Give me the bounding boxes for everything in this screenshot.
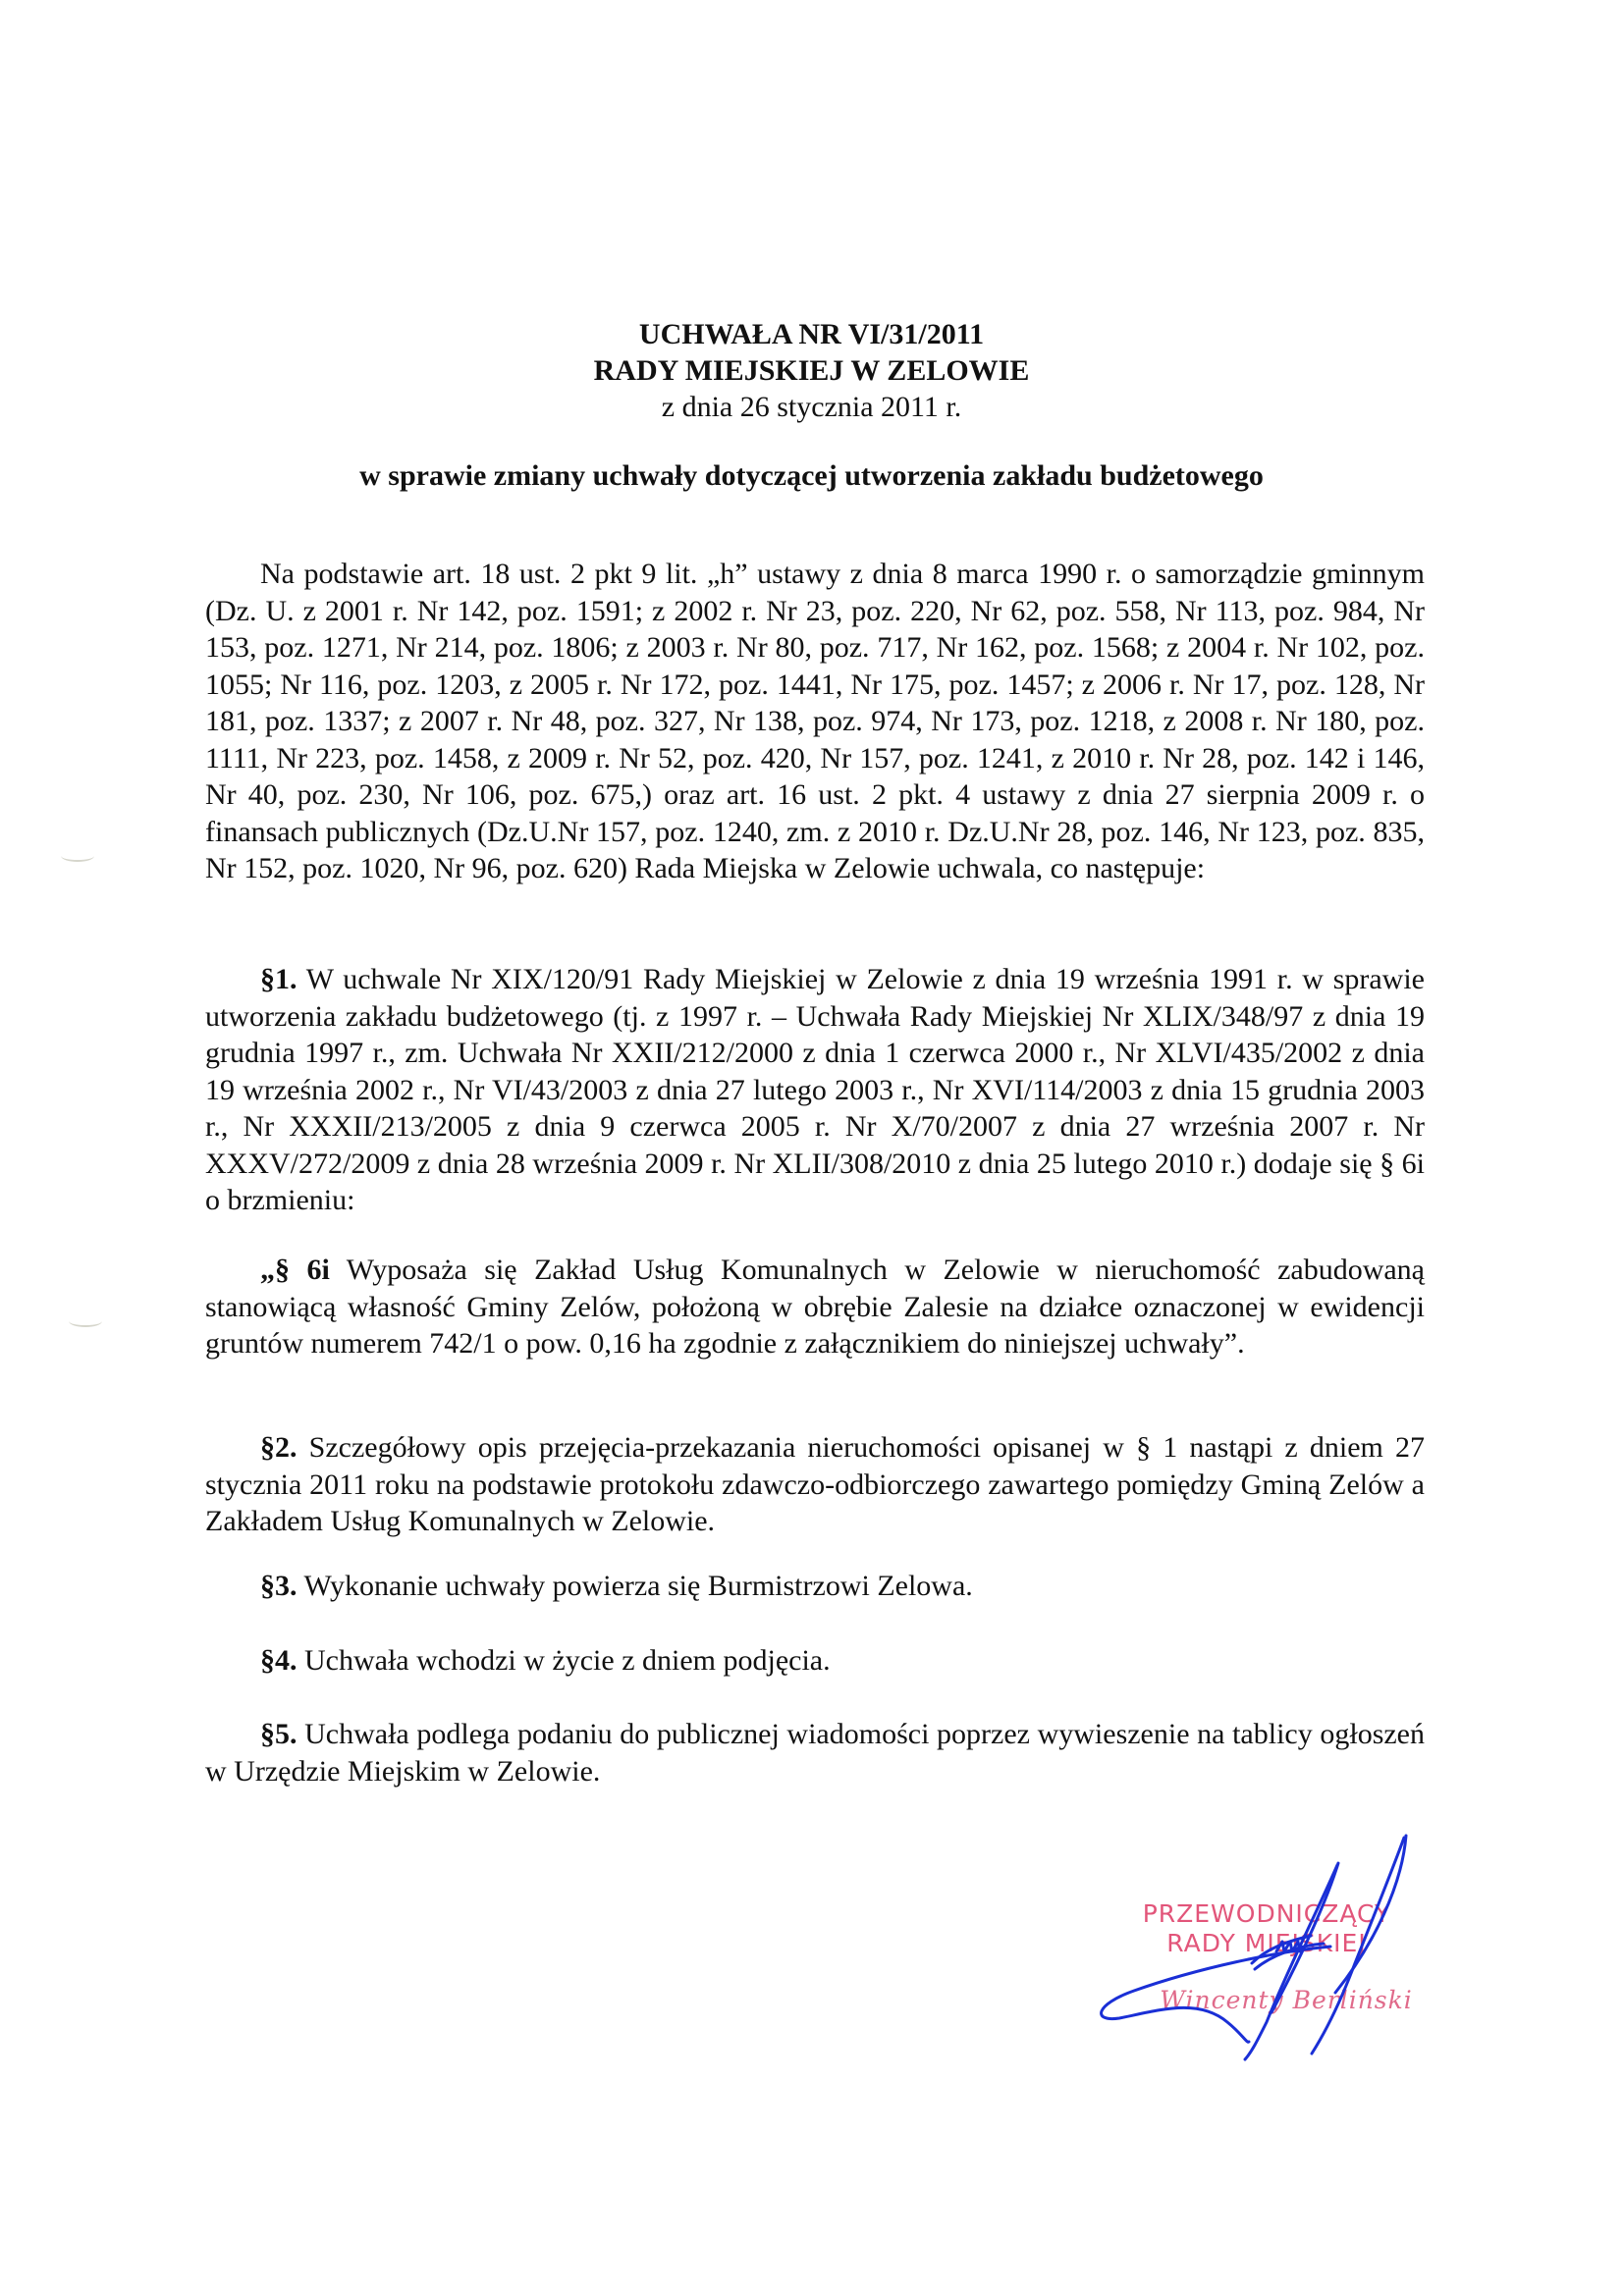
section-text: Uchwała wchodzi w życie z dniem podjęcia… [298,1644,831,1677]
section-text: Szczegółowy opis przejęcia-przekazania n… [205,1431,1425,1537]
section-label: §3. [260,1570,298,1602]
section-text: Uchwała podlega podaniu do publicznej wi… [205,1718,1425,1788]
section-label: §5. [260,1718,298,1750]
document-page: UCHWAŁA NR VI/31/2011 RADY MIEJSKIEJ W Z… [0,0,1623,2296]
section-label: §1. [260,963,298,995]
preamble-block: Na podstawie art. 18 ust. 2 pkt 9 lit. „… [205,556,1425,887]
section-text: Wykonanie uchwały powierza się Burmistrz… [298,1570,973,1602]
section-text: W uchwale Nr XIX/120/91 Rady Miejskiej w… [205,963,1425,1216]
section-5: §5. Uchwała podlega podaniu do publiczne… [205,1716,1425,1789]
resolution-header: UCHWAŁA NR VI/31/2011 RADY MIEJSKIEJ W Z… [0,316,1623,425]
resolution-subject: w sprawie zmiany uchwały dotyczącej utwo… [0,459,1623,493]
handwritten-signature-icon [1080,1826,1434,2061]
section-paragraph: §5. Uchwała podlega podaniu do publiczne… [205,1716,1425,1789]
section-2: §2. Szczegółowy opis przejęcia-przekazan… [205,1429,1425,1540]
section-text: Wyposaża się Zakład Usług Komunalnych w … [205,1254,1425,1360]
section-label: „§ 6i [260,1254,330,1286]
section-6i-quote: „§ 6i Wyposaża się Zakład Usług Komunaln… [205,1252,1425,1362]
council-name: RADY MIEJSKIEJ W ZELOWIE [0,352,1623,389]
resolution-number: UCHWAŁA NR VI/31/2011 [0,316,1623,352]
punch-hole-mark [61,850,94,862]
section-label: §2. [260,1431,298,1464]
section-paragraph: §4. Uchwała wchodzi w życie z dniem podj… [205,1642,1425,1680]
section-3: §3. Wykonanie uchwały powierza się Burmi… [205,1568,1425,1605]
resolution-date: z dnia 26 stycznia 2011 r. [0,389,1623,425]
section-label: §4. [260,1644,298,1677]
section-paragraph: „§ 6i Wyposaża się Zakład Usług Komunaln… [205,1252,1425,1362]
preamble-text: Na podstawie art. 18 ust. 2 pkt 9 lit. „… [205,556,1425,887]
section-1: §1. W uchwale Nr XIX/120/91 Rady Miejski… [205,961,1425,1219]
punch-hole-mark [69,1315,102,1327]
section-paragraph: §2. Szczegółowy opis przejęcia-przekazan… [205,1429,1425,1540]
section-4: §4. Uchwała wchodzi w życie z dniem podj… [205,1642,1425,1680]
section-paragraph: §1. W uchwale Nr XIX/120/91 Rady Miejski… [205,961,1425,1219]
section-paragraph: §3. Wykonanie uchwały powierza się Burmi… [205,1568,1425,1605]
